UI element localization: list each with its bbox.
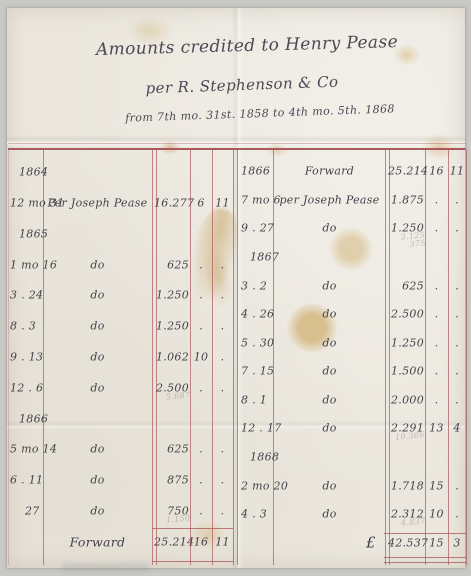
amount-pounds-cell: 1.718 xyxy=(388,479,426,492)
shillings-cell: . xyxy=(425,193,448,206)
date-cell: 3 . 24 xyxy=(10,289,44,302)
description-cell: do xyxy=(43,320,152,333)
shillings-cell: . xyxy=(425,393,448,406)
date-cell: 7 mo 6 xyxy=(241,193,274,206)
pence-cell: 11 xyxy=(212,535,233,548)
pence-cell: . xyxy=(212,258,233,271)
pence-cell: . xyxy=(212,350,233,363)
shillings-cell: 13 xyxy=(425,422,448,435)
pence-cell: . xyxy=(448,365,466,378)
pence-cell: 11 xyxy=(448,165,466,178)
pence-cell: . xyxy=(212,474,233,487)
shillings-cell: . xyxy=(190,443,212,456)
amount-pounds-cell: 25.214 xyxy=(154,535,191,548)
description-cell: do xyxy=(274,336,385,349)
amount-pounds-cell: 1.2503.125375 xyxy=(388,222,426,235)
description-cell: do xyxy=(274,308,385,321)
date-cell: 4 . 26 xyxy=(241,308,274,321)
amount-pounds-cell: 16.277 xyxy=(154,197,191,210)
table-row: 12 . 17do2.29110.366134 xyxy=(237,414,466,443)
pencil-annotation-line: 4.837 xyxy=(400,518,425,528)
pencil-annotation-line: 1.150 xyxy=(165,514,190,524)
pence-cell: . xyxy=(212,443,233,456)
table-row: 1868 xyxy=(237,443,466,472)
shillings-cell: . xyxy=(190,474,212,487)
faint-catalogue-stamp xyxy=(62,563,150,572)
table-row: 12 mo 31Per Joseph Pease16.277611 xyxy=(8,188,233,219)
pence-cell: . xyxy=(212,504,233,517)
table-row: 6 . 11do875.. xyxy=(8,465,233,496)
description-cell: do xyxy=(43,350,152,363)
date-cell: 7 . 15 xyxy=(241,365,274,378)
date-cell: 12 mo 31 xyxy=(10,197,44,210)
table-row: 27do7501.150.. xyxy=(8,495,233,526)
table-row: 42.537153£ xyxy=(237,529,466,558)
description-cell: Forward xyxy=(274,165,385,178)
table-row: 7 . 15do1.500.. xyxy=(237,357,466,386)
description-cell: do xyxy=(274,422,385,435)
amount-pounds-cell: 625 xyxy=(154,443,191,456)
table-row: 1866 xyxy=(8,403,233,434)
table-row: 4 . 26do2.500.. xyxy=(237,300,466,329)
description-cell: do xyxy=(43,289,152,302)
ledger-sheet: Amounts credited to Henry Pease per R. S… xyxy=(7,8,465,568)
table-row: 9 . 27do1.2503.125375.. xyxy=(237,214,466,243)
shillings-cell: 10 xyxy=(190,350,212,363)
date-cell: 8 . 3 xyxy=(10,320,44,333)
shillings-cell: . xyxy=(190,504,212,517)
date-cell: 9 . 13 xyxy=(10,350,44,363)
date-cell: 1868 xyxy=(241,451,283,464)
amount-pounds-cell: 1.875 xyxy=(388,193,426,206)
date-cell: 12 . 17 xyxy=(241,422,274,435)
amount-pounds-cell: 1.500 xyxy=(388,365,426,378)
pence-cell: . xyxy=(212,289,233,302)
description-cell: do xyxy=(43,474,152,487)
date-cell: 12 . 6 xyxy=(10,381,44,394)
date-cell: 9 . 27 xyxy=(241,222,274,235)
date-cell: 5 mo 14 xyxy=(10,443,44,456)
table-row: 7 mo 6per Joseph Pease1.875.. xyxy=(237,186,466,215)
shillings-cell: . xyxy=(190,258,212,271)
date-cell: 1866 xyxy=(241,165,274,178)
date-cell: 5 . 30 xyxy=(241,336,274,349)
description-cell: do xyxy=(274,365,385,378)
amount-pounds-cell: 25.214 xyxy=(388,165,426,178)
pence-cell: . xyxy=(448,222,466,235)
shillings-cell: 15 xyxy=(425,479,448,492)
table-row: 1864 xyxy=(8,157,233,188)
description-cell: do xyxy=(43,443,152,456)
pence-cell: . xyxy=(212,381,233,394)
table-row: 4 . 3do2.3124.83710. xyxy=(237,500,466,529)
date-cell: 6 . 11 xyxy=(10,474,44,487)
ledger-left-half: 186412 mo 31Per Joseph Pease16.277611186… xyxy=(8,157,233,557)
date-cell: 1867 xyxy=(241,251,283,264)
amount-pounds-cell: 1.062 xyxy=(154,350,191,363)
pence-cell: 4 xyxy=(448,422,466,435)
table-rule-vertical xyxy=(466,150,467,565)
amount-pounds-cell: 42.537 xyxy=(388,536,426,549)
description-cell: do xyxy=(43,258,152,271)
shillings-cell: 10 xyxy=(425,508,448,521)
table-rule-horizontal xyxy=(152,561,233,562)
date-cell: 3 . 2 xyxy=(241,279,274,292)
table-row: 9 . 13do1.06210. xyxy=(8,342,233,373)
table-row: 3 . 2do625.. xyxy=(237,271,466,300)
amount-pounds-cell: 1.250 xyxy=(388,336,426,349)
table-row: 8 . 3do1.250.. xyxy=(8,311,233,342)
amount-pounds-cell: 625 xyxy=(154,258,191,271)
scanned-ledger-document: Amounts credited to Henry Pease per R. S… xyxy=(0,0,471,576)
pence-cell: . xyxy=(212,320,233,333)
table-row: 1867 xyxy=(237,243,466,272)
shillings-cell: . xyxy=(425,365,448,378)
shillings-cell: . xyxy=(190,289,212,302)
shillings-cell: . xyxy=(190,320,212,333)
pence-cell: . xyxy=(448,193,466,206)
pence-cell: . xyxy=(448,279,466,292)
amount-pounds-cell: 2.29110.366 xyxy=(388,422,426,435)
table-row: 1 mo 16do625.. xyxy=(8,249,233,280)
description-cell: Forward xyxy=(43,534,152,549)
pencil-annotation-line: 5.687 xyxy=(165,391,190,401)
date-cell: 8 . 1 xyxy=(241,393,274,406)
amount-pounds-cell: 7501.150 xyxy=(154,504,191,517)
amount-pounds-cell: 875 xyxy=(154,474,191,487)
amount-pounds-cell: 2.000 xyxy=(388,393,426,406)
pence-cell: 3 xyxy=(448,536,466,549)
amount-pounds-cell: 1.250 xyxy=(154,320,191,333)
date-cell: 1865 xyxy=(10,227,53,240)
description-cell: do xyxy=(274,279,385,292)
date-cell: 1 mo 16 xyxy=(10,258,44,271)
table-row: 1866Forward25.2141611 xyxy=(237,157,466,186)
shillings-cell: 16 xyxy=(190,535,212,548)
shillings-cell: . xyxy=(425,279,448,292)
document-subtitle: per R. Stephenson & Co xyxy=(117,72,367,99)
pence-cell: . xyxy=(448,336,466,349)
table-row: 2 mo 20do1.71815. xyxy=(237,471,466,500)
paper-stain xyxy=(265,142,289,158)
description-cell: do xyxy=(43,504,152,517)
table-row: 12 . 6do2.5005.687.. xyxy=(8,372,233,403)
document-date-range: from 7th mo. 31st. 1858 to 4th mo. 5th. … xyxy=(125,102,395,124)
shillings-cell: . xyxy=(190,381,212,394)
table-rule-vertical xyxy=(233,150,234,565)
description-cell: Per Joseph Pease xyxy=(43,197,152,210)
pencil-annotation: 10.366 xyxy=(395,432,425,443)
table-row: Forward25.2141611 xyxy=(8,526,233,557)
pence-cell: . xyxy=(448,479,466,492)
pencil-annotation-line: 10.366 xyxy=(395,432,425,443)
date-cell: 1864 xyxy=(10,166,53,179)
description-cell: do xyxy=(274,508,385,521)
amount-pounds-cell: 2.5005.687 xyxy=(154,381,191,394)
fold-crease-horizontal xyxy=(7,135,465,147)
document-title: Amounts credited to Henry Pease xyxy=(92,32,402,60)
shillings-cell: 16 xyxy=(425,165,448,178)
amount-pounds-cell: 1.250 xyxy=(154,289,191,302)
amount-pounds-cell: 2.500 xyxy=(388,308,426,321)
description-cell: per Joseph Pease xyxy=(274,193,385,206)
amount-pounds-cell: 625 xyxy=(388,279,426,292)
table-row: 5 mo 14do625.. xyxy=(8,434,233,465)
pence-cell: 11 xyxy=(212,197,233,210)
description-cell: do xyxy=(274,222,385,235)
ledger-right-half: 1866Forward25.21416117 mo 6per Joseph Pe… xyxy=(237,157,466,557)
description-cell: do xyxy=(274,393,385,406)
date-cell: 4 . 3 xyxy=(241,508,274,521)
shillings-cell: . xyxy=(425,336,448,349)
pence-cell: . xyxy=(448,393,466,406)
table-row: 1865 xyxy=(8,219,233,250)
pound-sign: £ xyxy=(366,533,376,551)
date-cell: 1866 xyxy=(10,412,53,425)
pence-cell: . xyxy=(448,308,466,321)
shillings-cell: . xyxy=(425,308,448,321)
shillings-cell: 6 xyxy=(190,197,212,210)
pencil-annotation: 4.837 xyxy=(400,518,425,528)
pencil-annotation: 5.687 xyxy=(165,391,190,401)
pencil-annotation: 1.150 xyxy=(165,514,190,524)
description-cell: do xyxy=(274,479,385,492)
date-cell: 2 mo 20 xyxy=(241,479,274,492)
table-row: 5 . 30do1.250.. xyxy=(237,328,466,357)
pence-cell: . xyxy=(448,508,466,521)
amount-pounds-cell: 2.3124.837 xyxy=(388,508,426,521)
shillings-cell: . xyxy=(425,222,448,235)
table-row: 3 . 24do1.250.. xyxy=(8,280,233,311)
description-cell: do xyxy=(43,381,152,394)
shillings-cell: 15 xyxy=(425,536,448,549)
table-rule-horizontal xyxy=(8,143,466,144)
table-row: 8 . 1do2.000.. xyxy=(237,386,466,415)
